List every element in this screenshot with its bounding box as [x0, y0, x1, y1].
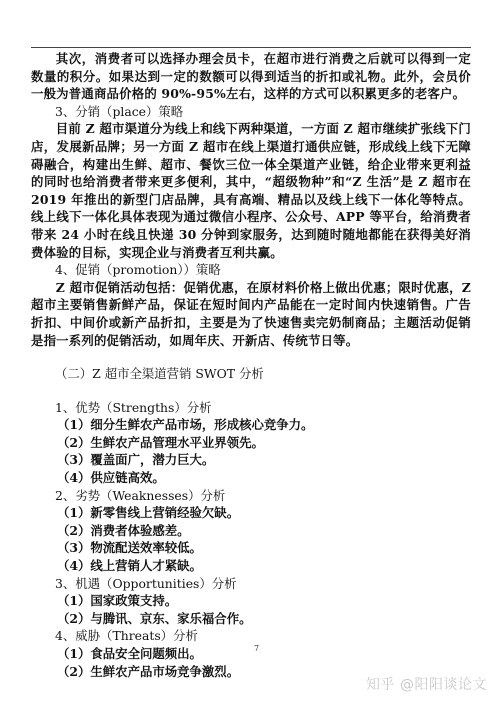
opportunities-heading: 3、机遇（Opportunities）分析 [31, 575, 471, 593]
strengths-heading: 1、优势（Strengths）分析 [31, 399, 471, 417]
header-rule [31, 47, 471, 48]
threats-heading: 4、威胁（Threats）分析 [31, 627, 471, 645]
weakness-item: （2）消费者体验感差。 [31, 522, 471, 540]
opportunity-item: （2）与腾讯、京东、家乐福合作。 [31, 610, 471, 628]
place-strategy-paragraph: 目前 Z 超市渠道分为线上和线下两种渠道，一方面 Z 超市继续扩张线下门店，发展… [31, 120, 471, 261]
opportunity-item: （1）国家政策支持。 [31, 592, 471, 610]
weakness-item: （1）新零售线上营销经验欠缺。 [31, 504, 471, 522]
strength-item: （3）覆盖面广，潜力巨大。 [31, 451, 471, 469]
promotion-strategy-heading: 4、促销（promotion））策略 [31, 261, 471, 279]
membership-paragraph: 其次，消费者可以选择办理会员卡，在超市进行消费之后就可以得到一定数量的积分。如果… [31, 50, 471, 103]
promotion-strategy-paragraph: Z 超市促销活动包括：促销优惠，在原材料价格上做出优惠；限时优惠，Z 超市主要销… [31, 279, 471, 349]
page-number: 7 [254, 644, 259, 653]
strength-item: （2）生鲜农产品管理水平业界领先。 [31, 434, 471, 452]
strength-item: （4）供应链高效。 [31, 469, 471, 487]
weakness-item: （4）线上营销人才紧缺。 [31, 557, 471, 575]
place-strategy-heading: 3、分销（place）策略 [31, 103, 471, 121]
swot-section-title: （二）Z 超市全渠道营销 SWOT 分析 [31, 365, 471, 383]
document-page: 其次，消费者可以选择办理会员卡，在超市进行消费之后就可以得到一定数量的积分。如果… [31, 50, 471, 680]
weaknesses-heading: 2、劣势（Weaknesses）分析 [31, 487, 471, 505]
weakness-item: （3）物流配送效率较低。 [31, 539, 471, 557]
watermark: 知乎 @阳阳谈论文 [366, 674, 487, 694]
strength-item: （1）细分生鲜农产品市场，形成核心竞争力。 [31, 416, 471, 434]
threat-item: （1）食品安全问题频出。 [31, 645, 471, 663]
